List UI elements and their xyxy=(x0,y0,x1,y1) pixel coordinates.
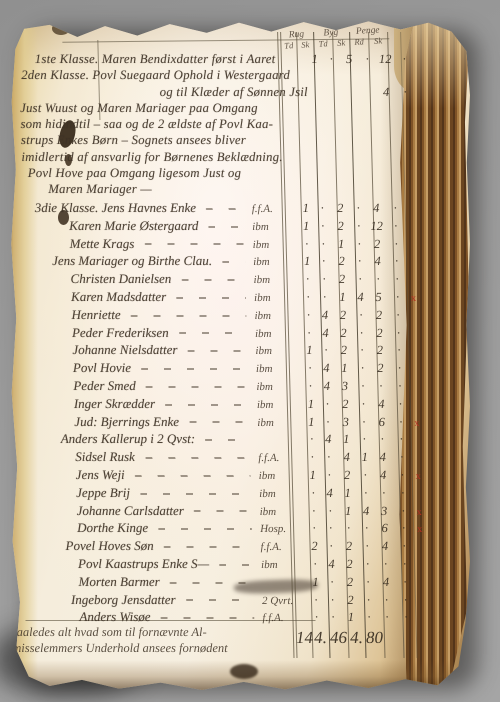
person-name: Ingeborg Jensdatter xyxy=(71,592,176,608)
reference-mark: ibm xyxy=(254,292,300,304)
amount-cell: 6 xyxy=(375,521,394,536)
amount-cell: · xyxy=(324,610,341,625)
reference-mark: ibm xyxy=(259,470,305,482)
person-name: Johanne Nielsdatter xyxy=(72,342,177,358)
amount-cell: 5 xyxy=(340,52,359,67)
amount-cell: · xyxy=(300,290,316,305)
amount-cell: 4 xyxy=(337,450,356,465)
dash-leader xyxy=(176,297,246,299)
red-check-mark: x xyxy=(413,507,426,518)
amount-cell: · xyxy=(305,486,321,501)
reference-mark: ibm xyxy=(256,381,302,393)
footer-note: saaledes alt hvad som til fornævnte Al- … xyxy=(12,624,323,656)
person-name: Jud: Bjerrings Enke xyxy=(74,414,179,430)
footer-note-line: saaledes alt hvad som til fornævnte Al- xyxy=(12,624,322,640)
red-check-mark: x xyxy=(412,471,425,482)
reference-mark: ibm xyxy=(253,239,299,251)
dash-leader xyxy=(179,332,247,334)
person-name: Mette Krags xyxy=(69,236,134,252)
ledger-row: Morten Barmer 1 · 2 · 4 · xyxy=(32,574,427,592)
amount-cell: · xyxy=(396,593,415,608)
ledger-row: Povel Hoves Søn f.f.A. 2 · 2 · 4 · xyxy=(31,538,426,556)
amount-cell: 2 xyxy=(333,308,352,323)
amount-cell: · xyxy=(314,237,331,252)
person-name: Inger Skrædder xyxy=(74,396,156,412)
dash-leader xyxy=(140,493,251,495)
amount-cell: 4 xyxy=(323,557,340,572)
amount-cell: · xyxy=(387,254,406,269)
amount-cell: · xyxy=(358,539,375,554)
ledger-row: Sidsel Rusk f.f.A. · · 4 1 4 · xyxy=(29,449,424,467)
amount-cell: · xyxy=(390,361,409,376)
intro-paragraph: 1ste Klasse. Maren Bendixdatter først i … xyxy=(19,52,418,199)
amount-cell: · xyxy=(307,557,323,572)
amount-cell: 2 xyxy=(340,575,359,590)
person-name: Peder Smed xyxy=(73,378,136,394)
amount-cell: · xyxy=(308,593,324,608)
ledger-row: Mette Krags ibm · · 1 · 2 · xyxy=(23,236,418,254)
amount-cell: · xyxy=(301,326,317,341)
amount-cell: · xyxy=(339,521,358,536)
amount-cell: 1 xyxy=(307,575,323,590)
person-name: Peder Frederiksen xyxy=(72,325,169,341)
column-subhead-label: Rd xyxy=(349,36,369,47)
ledger-row: Ingeborg Jensdatter 2 Qvrt. · · 2 · · · xyxy=(33,592,428,610)
amount-cell: 1 xyxy=(331,237,350,252)
intro-text: Maren Mariager — xyxy=(22,182,152,197)
amount-cell: · xyxy=(389,326,408,341)
amount-cell: 1 xyxy=(305,468,321,483)
amount-cell: 2 xyxy=(369,308,388,323)
amount-cell: · xyxy=(304,450,320,465)
amount-cell: · xyxy=(395,557,414,572)
amount-cell: · xyxy=(355,397,372,412)
person-name: Sidsel Rusk xyxy=(75,449,135,465)
person-name: Morten Barmer xyxy=(78,574,160,590)
amount-cell: 2 xyxy=(331,201,350,216)
amount-cell: 4 xyxy=(318,379,335,394)
ledger-row: Johanne Carlsdatter ibm · · 1 4 3 · x xyxy=(30,503,425,521)
amount-cell: · xyxy=(352,308,369,323)
person-name: Anders Wisøe xyxy=(79,609,151,625)
amount-cell: 2 xyxy=(341,593,360,608)
amount-cell: · xyxy=(353,343,370,358)
total-cell: 4. xyxy=(312,628,330,648)
amount-cell: · xyxy=(359,575,376,590)
dash-leader xyxy=(158,528,252,530)
intro-line: imidlertid af ansvarlig for Børnenes Bek… xyxy=(21,150,416,166)
reference-mark: f.f.A. xyxy=(258,452,304,464)
reference-mark: Hosp. xyxy=(260,523,306,535)
amount-cell: · xyxy=(323,575,340,590)
amount-cell: · xyxy=(355,415,372,430)
dash-leader xyxy=(135,475,251,477)
ledger-row: Karen Marie Østergaard ibm 1 · 2 · 12 · xyxy=(23,218,418,236)
amount-cell: · xyxy=(386,201,405,216)
ledger-row: Jens Weji ibm 1 · 2 · 4 · x xyxy=(29,467,424,485)
intro-text: imidlertid af ansvarlig for Børnenes Bek… xyxy=(21,150,283,165)
amount-cell: · xyxy=(319,397,336,412)
amount-cell: 4 xyxy=(357,504,374,519)
dash-leader xyxy=(164,546,253,548)
amount-cell: · xyxy=(354,379,371,394)
ledger-row: Povl Hovie ibm · 4 1 · 2 · xyxy=(27,360,422,378)
ledger-content: RugBygPenge TdSkTdSkRdSk 1ste Klasse. Ma… xyxy=(18,28,465,678)
amount-cell: · xyxy=(354,361,371,376)
dash-leader xyxy=(205,439,250,441)
reference-mark: f.f.A. xyxy=(260,541,306,553)
amount-cell: 2 xyxy=(306,539,322,554)
amount-cell: · xyxy=(388,308,407,323)
amount-cell: · xyxy=(395,52,414,67)
person-name: Christen Danielsen xyxy=(70,271,171,287)
amount-cell: · xyxy=(391,397,410,412)
reference-mark: ibm xyxy=(255,345,301,357)
intro-line: Just Wuust og Maren Mariager paa Omgang xyxy=(20,101,415,117)
amount-cell: · xyxy=(377,593,396,608)
amount-cell: 1 xyxy=(337,432,356,447)
amount-cell: · xyxy=(393,486,412,501)
amount-cell: · xyxy=(357,486,374,501)
amount-cell: 1 xyxy=(303,415,319,430)
totals-row: 14 4. 46 4. 80 xyxy=(296,628,385,648)
dash-leader xyxy=(146,386,249,388)
intro-line: Maren Mariager — xyxy=(22,182,417,198)
amount-cell: · xyxy=(323,52,340,67)
total-cell: 80 xyxy=(365,628,385,648)
amount-cell: 2 xyxy=(340,557,359,572)
amount-cell: 1 xyxy=(335,361,354,376)
amount-cell: · xyxy=(371,379,390,394)
column-subhead-label: Sk xyxy=(368,35,388,46)
intro-line: og til Klæder af Sønnen Jsil 4 · xyxy=(19,85,414,101)
ledger-row: 3die Klasse. Jens Havnes Enke f.f.A. 1 ·… xyxy=(23,200,418,218)
red-check-mark: x xyxy=(407,293,420,304)
reference-mark: ibm xyxy=(256,363,302,375)
dash-leader xyxy=(208,226,244,228)
amount-cell: · xyxy=(302,379,318,394)
amount-cell: · xyxy=(374,486,393,501)
dash-leader xyxy=(161,617,255,619)
amount-cell: 3 xyxy=(336,415,355,430)
amount-cell: 1 xyxy=(299,254,315,269)
dash-leader xyxy=(194,510,252,512)
amount-cell: · xyxy=(316,290,333,305)
dash-leader xyxy=(189,421,249,423)
amount-cell: · xyxy=(314,219,331,234)
ledger-row: Christen Danielsen ibm · · 2 · · · xyxy=(24,271,419,289)
intro-line: Povl Hove paa Omgang ligesom Just og xyxy=(22,166,417,182)
amount-cell: · xyxy=(315,272,332,287)
dash-leader xyxy=(188,350,248,352)
person-name: Jens Weji xyxy=(75,467,124,483)
amount-cell: · xyxy=(305,504,321,519)
amount-cell: · xyxy=(360,593,377,608)
amount-cell: 4 xyxy=(367,201,386,216)
amount-cell: · xyxy=(359,557,376,572)
ledger-row: Karen Madsdatter ibm · · 1 4 5 · x xyxy=(25,289,420,307)
amount-cell: 2 xyxy=(334,343,353,358)
intro-text: 1ste Klasse. Maren Bendixdatter først i … xyxy=(19,52,276,67)
person-name: Povl Kaastrups Enke S— xyxy=(78,556,209,572)
amount-cell: 1 xyxy=(298,219,314,234)
reference-mark: f.f.A. xyxy=(262,612,308,624)
reference-mark: ibm xyxy=(257,417,303,429)
amount-cell: 2 xyxy=(371,361,390,376)
reference-mark: ibm xyxy=(260,506,306,518)
amount-cell: · xyxy=(368,272,387,287)
amount-cell: 12 xyxy=(376,52,395,67)
amount-cell: · xyxy=(322,521,339,536)
red-check-mark: x xyxy=(410,418,423,429)
amount-cell: · xyxy=(357,468,374,483)
amount-cell: · xyxy=(373,432,392,447)
amount-cell: · xyxy=(393,504,412,519)
dash-leader xyxy=(144,243,244,245)
intro-text: strups Enkes Børn – Sognets ansees blive… xyxy=(21,133,246,148)
dash-leader xyxy=(181,279,245,281)
amount-cell: · xyxy=(396,610,415,625)
intro-text: som hidindtil – saa og de 2 ældste af Po… xyxy=(20,117,273,132)
amount-cell: 1 xyxy=(338,504,357,519)
amount-cell: · xyxy=(321,468,338,483)
reference-mark: ibm xyxy=(252,221,298,233)
amount-cell: · xyxy=(353,326,370,341)
reference-mark: ibm xyxy=(261,559,307,571)
amount-cell: · xyxy=(350,237,367,252)
amount-cell: 4 xyxy=(368,254,387,269)
ledger-row: Inger Skrædder ibm 1 · 2 · 4 · xyxy=(28,396,423,414)
amount-cell: 4 xyxy=(375,539,394,554)
intro-line: som hidindtil – saa og de 2 ældste af Po… xyxy=(20,117,415,133)
ledger-row: Dorthe Kinge Hosp. · · · · 6 · x xyxy=(31,520,426,538)
dash-leader xyxy=(141,368,248,370)
person-name: Karen Madsdatter xyxy=(71,289,167,305)
amount-cell: 1 xyxy=(303,397,319,412)
amount-cell: 5 xyxy=(369,290,388,305)
amount-cell: · xyxy=(360,610,377,625)
amount-cell: 2 xyxy=(370,343,389,358)
amount-cell: · xyxy=(393,468,412,483)
amount-cell: · xyxy=(387,272,406,287)
column-subhead-label: Td xyxy=(280,40,297,51)
amount-cell: · xyxy=(394,521,413,536)
amount-cell: · xyxy=(299,272,315,287)
dash-leader xyxy=(170,582,254,584)
ledger-entries: 3die Klasse. Jens Havnes Enke f.f.A. 1 ·… xyxy=(23,200,429,627)
amount-cell: 1 xyxy=(341,610,360,625)
reference-mark: ibm xyxy=(257,399,303,411)
footer-note-line: misselemmers Underhold ansees fornødent xyxy=(12,640,322,656)
amount-cell: · xyxy=(314,201,331,216)
amount-cell: · xyxy=(394,539,413,554)
amount-cell: 4 xyxy=(318,361,335,376)
column-subhead-label: Td xyxy=(313,38,333,49)
amount-cell: · xyxy=(392,450,411,465)
amount-cell: 4 xyxy=(374,468,393,483)
red-check-mark: x xyxy=(413,524,426,535)
intro-line: strups Enkes Børn – Sognets ansees blive… xyxy=(21,133,416,149)
amount-cell: · xyxy=(315,254,332,269)
person-name: Povel Hoves Søn xyxy=(65,538,154,554)
amount-cell: · xyxy=(386,237,405,252)
person-name: Povl Hovie xyxy=(73,360,132,376)
amount-cell: 2 xyxy=(334,326,353,341)
amount-cell: · xyxy=(390,379,409,394)
reference-mark: ibm xyxy=(255,328,301,340)
amount-cell: 3 xyxy=(335,379,354,394)
amount-cell: 1 xyxy=(333,290,352,305)
amount-cell: · xyxy=(322,539,339,554)
amount-cell: · xyxy=(391,415,410,430)
amount-cell: 1 xyxy=(298,201,314,216)
amount-cell: · xyxy=(317,343,334,358)
amount-cell: · xyxy=(306,521,322,536)
amount-cell: · xyxy=(350,219,367,234)
person-name: 3die Klasse. Jens Havnes Enke xyxy=(35,200,197,216)
intro-text: og til Klæder af Sønnen Jsil xyxy=(19,85,308,100)
ledger-row: Henriette ibm · 4 2 · 2 · xyxy=(25,307,420,325)
intro-line: 1ste Klasse. Maren Bendixdatter først i … xyxy=(19,52,414,68)
amount-cell: 1 xyxy=(307,52,323,67)
amount-cell: · xyxy=(351,254,368,269)
amount-cell: · xyxy=(351,272,368,287)
amount-cell: 2 xyxy=(332,272,351,287)
ledger-row: Povl Kaastrups Enke S— ibm · 4 2 · · · xyxy=(32,556,427,574)
amount-cell: · xyxy=(304,432,320,447)
dash-leader xyxy=(186,599,254,601)
amount-cell: 3 xyxy=(374,504,393,519)
amount-cell: 4 xyxy=(373,450,392,465)
photo-background: RugBygPenge TdSkTdSkRdSk 1ste Klasse. Ma… xyxy=(0,0,500,702)
amount-cell: 1 xyxy=(356,450,373,465)
person-name: Jens Mariager og Birthe Clau. xyxy=(52,253,212,269)
ledger-row: Johanne Nielsdatter ibm 1 · 2 · 2 · xyxy=(26,342,421,360)
amount-cell: · xyxy=(302,361,318,376)
dash-leader xyxy=(165,404,249,406)
amount-cell: 6 xyxy=(372,415,391,430)
amount-cell: 4 xyxy=(376,575,395,590)
ledger-row: Jud: Bjerrings Enke ibm 1 · 3 · 6 · x xyxy=(28,414,423,432)
amount-cell: · xyxy=(358,521,375,536)
person-name: Johanne Carlsdatter xyxy=(76,503,184,519)
dash-leader xyxy=(219,564,253,566)
amount-cell: · xyxy=(319,415,336,430)
amount-cell: 4 xyxy=(321,486,338,501)
amount-cell: 4 xyxy=(317,326,334,341)
amount-cell: · xyxy=(320,450,337,465)
amount-cell: 4 xyxy=(352,290,369,305)
amount-cell: · xyxy=(389,343,408,358)
amount-cell: · xyxy=(376,557,395,572)
reference-mark: f.f.A. xyxy=(252,203,298,215)
reference-mark: ibm xyxy=(253,274,299,286)
amount-cell: 1 xyxy=(301,343,317,358)
intro-text: Just Wuust og Maren Mariager paa Omgang xyxy=(20,101,258,116)
reference-mark: 2 Qvrt. xyxy=(262,595,308,607)
amount-cell: · xyxy=(356,432,373,447)
amount-cell: 2 xyxy=(339,539,358,554)
intro-text: 2den Klasse. Povl Suegaard Ophold i West… xyxy=(19,68,290,83)
column-subhead-label: Sk xyxy=(296,39,314,50)
dash-leader xyxy=(222,261,245,263)
dash-leader xyxy=(145,457,250,459)
person-name: Karen Marie Østergaard xyxy=(69,218,199,234)
amount-cell: 2 xyxy=(331,219,350,234)
amount-cell: · xyxy=(324,593,341,608)
amount-cell: · xyxy=(350,201,367,216)
amount-cell: · xyxy=(386,219,405,234)
dash-leader xyxy=(206,208,244,210)
amount-cell: 2 xyxy=(332,254,351,269)
total-cell: 46 xyxy=(329,628,349,648)
ledger-row: Peder Frederiksen ibm · 4 2 · 2 · xyxy=(26,325,421,343)
person-name: Dorthe Kinge xyxy=(77,520,149,536)
ledger-row: Jens Mariager og Birthe Clau. ibm 1 · 2 … xyxy=(24,253,419,271)
amount-cell: · xyxy=(377,610,396,625)
amount-cell: · xyxy=(300,308,316,323)
amount-cell: · xyxy=(392,432,411,447)
intro-line: 2den Klasse. Povl Suegaard Ophold i West… xyxy=(19,68,414,84)
amount-cell: 4 xyxy=(320,432,337,447)
reference-mark: ibm xyxy=(254,310,300,322)
ledger-page: RugBygPenge TdSkTdSkRdSk 1ste Klasse. Ma… xyxy=(8,14,470,690)
reference-mark: ibm xyxy=(253,256,299,268)
amount-cell: 12 xyxy=(367,219,386,234)
amount-cell: · xyxy=(388,290,407,305)
amount-cell: 2 xyxy=(367,237,386,252)
person-name: Jeppe Brij xyxy=(76,485,130,501)
intro-text: Povl Hove paa Omgang ligesom Just og xyxy=(22,166,242,181)
amount-cell: 4 xyxy=(372,397,391,412)
amount-cell: 2 xyxy=(338,468,357,483)
amount-cell: 2 xyxy=(336,397,355,412)
amount-cell: · xyxy=(321,504,338,519)
ledger-row: Anders Kallerup i 2 Qvst: · 4 1 · · · xyxy=(29,431,424,449)
amount-cell: · xyxy=(396,85,415,100)
amount-cell: · xyxy=(359,52,376,67)
total-cell: 14 xyxy=(296,628,313,648)
column-subhead-label: Sk xyxy=(332,37,350,48)
amount-cell: 2 xyxy=(370,326,389,341)
amount-cell: 1 xyxy=(338,486,357,501)
person-name: Anders Kallerup i 2 Qvst: xyxy=(61,431,196,447)
reference-mark: ibm xyxy=(259,488,305,500)
amount-cell: · xyxy=(395,575,414,590)
total-cell: 4. xyxy=(348,628,366,648)
amount-cell: 4 xyxy=(377,85,396,100)
person-name: Henriette xyxy=(71,307,121,323)
ledger-row: Peder Smed ibm · 4 3 · · · xyxy=(27,378,422,396)
amount-cell: 4 xyxy=(316,308,333,323)
ledger-row: Jeppe Brij ibm · 4 1 · · · xyxy=(30,485,425,503)
dash-leader xyxy=(131,315,247,317)
amount-cell: · xyxy=(298,237,314,252)
